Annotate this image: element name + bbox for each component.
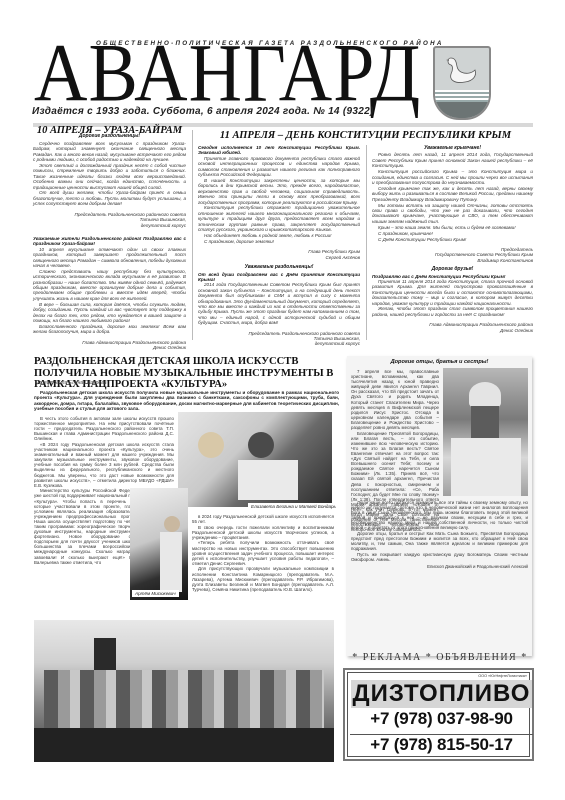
photo-trumpet-player	[130, 488, 188, 600]
right-greeting-2: Дорогие друзья!	[372, 267, 533, 272]
paragraph: Желаю, чтобы этот праздник стал символом…	[372, 306, 533, 317]
photo-group-teachers	[34, 620, 334, 762]
paragraph: в 2024 году Раздольненской детской школе…	[192, 514, 334, 524]
paragraph: С праздником, дорогие земляки!	[198, 239, 360, 244]
paragraph: В вере – большая сила, которая даётся, ч…	[33, 302, 186, 324]
paragraph: С праздником, крымчане!	[372, 231, 533, 236]
paragraph: От всей души желаем, чтобы Ураза-байрам …	[33, 190, 186, 206]
paragraph: Принятие главного правового документа ре…	[198, 156, 360, 178]
ad-company: ООО «ЮгНефтеЛогистика»	[478, 674, 527, 678]
paragraph: Принятая 11 апреля 2014 года Конституция…	[372, 279, 533, 306]
constitution-lead-2: От всей души поздравляем вас с Днём прин…	[198, 272, 360, 283]
signature: Председатель Раздольненского районного с…	[198, 331, 360, 347]
paragraph: Министерство культуры Российской Федерац…	[34, 488, 142, 564]
religious-greeting-box: Дорогие отцы, братья и сестры! 7 апреля …	[347, 356, 532, 656]
constitution-greeting-2: Уважаемые раздольненцы!	[198, 265, 360, 270]
fuel-advertisement: ООО «ЮгНефтеЛогистика» ДИЗТОПЛИВО +7 (97…	[343, 668, 534, 761]
coat-base	[435, 102, 489, 120]
signature: Председатель Государственного Совета Рес…	[372, 247, 533, 263]
photo-guitar-duo	[178, 412, 332, 507]
constitution-article-right: Уважаемые крымчане! Ровно десять лет наз…	[372, 145, 533, 333]
constitution-lead: Сегодня исполняется 10 лет Конституции Р…	[198, 145, 360, 156]
photo-bishop	[443, 368, 528, 496]
paragraph: Крым – это наша земля. Мы были, есть и б…	[372, 225, 533, 230]
feature-column-2: в 2024 году Раздольненской детской школе…	[192, 514, 334, 592]
feature-byline: Подготовила Елена Лазарева	[35, 380, 106, 386]
paragraph: Нас объединяет любовь к родной земле, лю…	[198, 233, 360, 238]
signature: Глава Администрации Раздольненского райо…	[372, 322, 533, 333]
uraza-bairam-article: 10 АПРЕЛЯ – УРАЗА-БАЙРАМ Дорогие раздоль…	[33, 128, 186, 351]
paragraph: Мы готовы встать на защиту нашей Отчизны…	[372, 203, 533, 225]
right-greeting: Уважаемые крымчане!	[372, 146, 533, 151]
ad-phone-1[interactable]: +7 (978) 037-98-90	[350, 709, 533, 729]
paragraph: Сегодня крымчане так же, как и десять ле…	[372, 186, 533, 202]
constitution-article-middle: Сегодня исполняется 10 лет Конституции Р…	[198, 145, 360, 347]
signature: Глава Администрации Раздольненского райо…	[33, 340, 186, 351]
feature-lead: Раздольненская детская школа искусств по…	[34, 390, 339, 411]
photo-caption: Артём Мисюкевич	[132, 590, 179, 597]
ads-section-title: * РЕКЛАМА * ОБЪЯВЛЕНИЯ *	[345, 652, 535, 663]
constitution-heading: 11 АПРЕЛЯ – ДЕНЬ КОНСТИТУЦИИ РЕСПУБЛИКИ …	[198, 130, 533, 141]
paragraph: 10 апреля мусульмане отмечают один из св…	[33, 247, 186, 269]
paragraph: Пусть же покрывает каждую христианскую д…	[351, 552, 528, 562]
paragraph: «В 2024 году Раздольненская детская школ…	[34, 442, 174, 488]
paragraph: В нашей Конституции закреплены ценности,…	[198, 178, 360, 205]
paragraph: Благословенного праздника, дорогие мои з…	[33, 324, 186, 335]
paragraph: Для присутствующих прозвучали музыкальны…	[192, 566, 334, 591]
newspaper-title: АВАНГАРД	[34, 32, 421, 115]
religion-heading: Дорогие отцы, братья и сестры!	[347, 359, 532, 365]
paragraph: Ровно десять лет назад, 11 апреля 2014 г…	[372, 152, 533, 168]
paragraph: 7 апреля все мы, православные христиане,…	[351, 369, 439, 430]
paragraph: Конституция российского Крыма – это Конс…	[372, 169, 533, 185]
paragraph: Этот светлый и долгожданный праздник нес…	[33, 163, 186, 190]
paragraph: «Теперь ребята получили возможность отта…	[192, 540, 334, 565]
masthead: Общественно-политическая газета Раздольн…	[0, 0, 565, 120]
column-divider	[366, 145, 367, 340]
swan-icon	[445, 56, 479, 86]
religion-signature: Епископ Джанкойский и Раздольненский Але…	[351, 564, 528, 569]
ad-phone-2[interactable]: +7 (978) 815-50-17	[350, 734, 533, 755]
signature: Председатель Раздольненского районного с…	[33, 212, 186, 228]
ad-product: ДИЗТОПЛИВО	[351, 680, 532, 708]
paragraph: 2014 года Государственным Советом Респуб…	[198, 282, 360, 325]
waves-stripe	[435, 90, 489, 102]
swan-coat-of-arms-icon	[433, 46, 491, 120]
uraza-greeting-2: Уважаемые жители Раздольненского района!…	[33, 236, 186, 247]
paragraph: В честь этого события в актовом зале шко…	[34, 416, 174, 441]
paragraph: Конституция республики отражает традицио…	[198, 205, 360, 232]
religion-text-bottom: Люди чаще всего пытаются примерить все э…	[351, 500, 528, 569]
paragraph: С Днём Конституции Республики Крым!	[372, 237, 533, 242]
photo-caption: Елизавета Безгина и Матвей Бондарь	[248, 503, 339, 510]
paragraph: Люди чаще всего пытаются примерить все э…	[351, 500, 528, 531]
column-divider	[192, 130, 193, 340]
paragraph: Дорогие отцы, братья и сестры! Как Мать …	[351, 531, 528, 551]
paragraph: В свою очередь гости пожелали коллективу…	[192, 525, 334, 540]
paragraph: Сердечно поздравляем всех мусульман с пр…	[33, 141, 186, 163]
paragraph: Сложно представить нашу республику без к…	[33, 269, 186, 301]
issue-line: Издаётся с 1933 года. Суббота, 6 апреля …	[32, 106, 374, 117]
signature: Глава Республики Крым Сергей Аксёнов	[198, 249, 360, 260]
